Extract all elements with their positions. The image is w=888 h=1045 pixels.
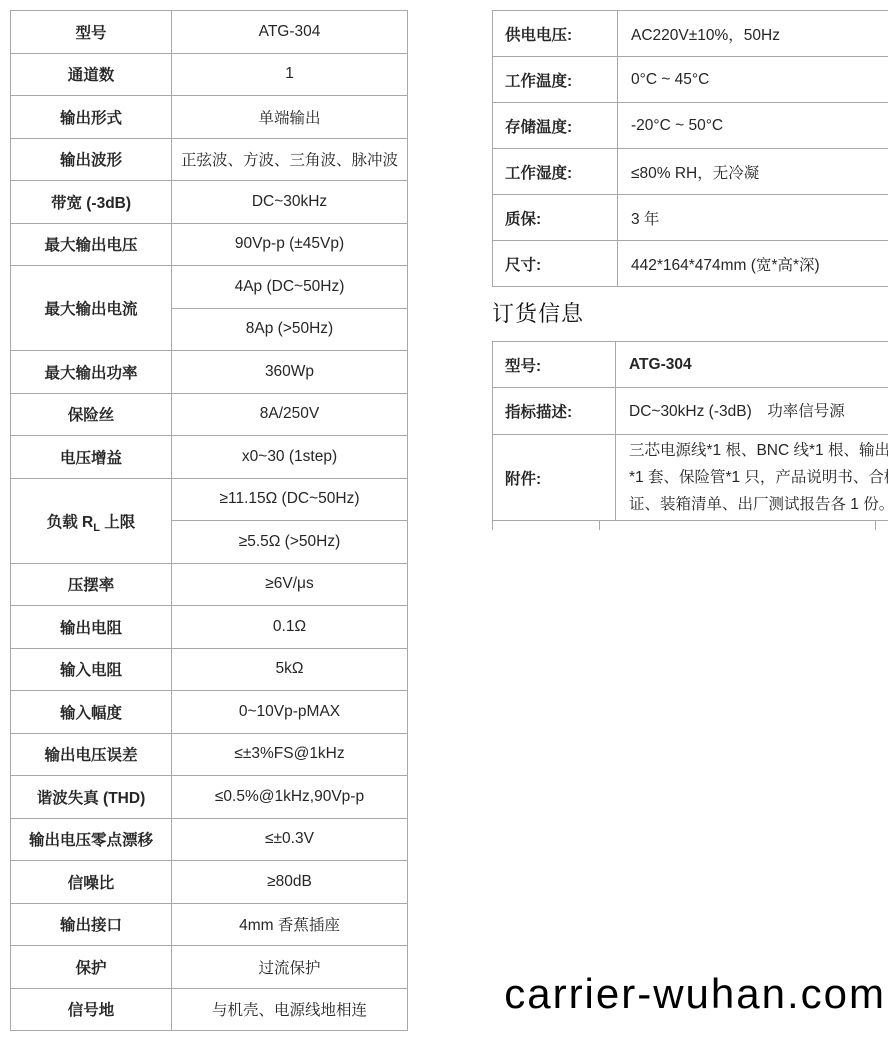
spec-label-text: 负载 R	[47, 514, 94, 531]
spec-row: 信噪比≥80dB	[11, 861, 408, 904]
env-value: -20°C ~ 50°C	[618, 103, 888, 149]
spec-row: 输出电压零点漂移≤±0.3V	[11, 818, 408, 861]
spec-label: 型号	[11, 11, 172, 54]
spec-value: x0~30 (1step)	[172, 436, 408, 479]
spec-label: 负载 RL 上限	[11, 478, 172, 563]
spec-label: 输出形式	[11, 96, 172, 139]
spec-value: DC~30kHz	[172, 181, 408, 224]
spec-row: 带宽 (-3dB)DC~30kHz	[11, 181, 408, 224]
env-row: 工作湿度:≤80% RH，无冷凝	[493, 149, 888, 195]
spec-label: 输出电阻	[11, 606, 172, 649]
spec-value: ≤0.5%@1kHz,90Vp-p	[172, 776, 408, 819]
order-table-body: 型号:ATG-304指标描述:DC~30kHz (-3dB) 功率信号源附件:三…	[493, 342, 888, 521]
env-label: 存储温度:	[493, 103, 618, 149]
spec-label: 最大输出电压	[11, 223, 172, 266]
spec-label: 信号地	[11, 988, 172, 1031]
env-table: 供电电压:AC220V±10%，50Hz工作温度:0°C ~ 45°C存储温度:…	[492, 10, 888, 287]
spec-label: 输入电阻	[11, 648, 172, 691]
env-value: 0°C ~ 45°C	[618, 57, 888, 103]
env-row: 质保:3 年	[493, 195, 888, 241]
spec-value: ≤±3%FS@1kHz	[172, 733, 408, 776]
spec-value: ≥80dB	[172, 861, 408, 904]
spec-label: 输出电压误差	[11, 733, 172, 776]
spec-row: 输出接口4mm 香蕉插座	[11, 903, 408, 946]
spec-row: 通道数1	[11, 53, 408, 96]
env-label: 质保:	[493, 195, 618, 241]
order-label: 附件:	[493, 435, 616, 521]
order-value: 三芯电源线*1 根、BNC 线*1 根、输出线*1 套、保险管*1 只，产品说明…	[616, 435, 888, 521]
spec-value: 4Ap (DC~50Hz)	[172, 266, 408, 309]
env-label: 供电电压:	[493, 11, 618, 57]
spec-row: 信号地与机壳、电源线地相连	[11, 988, 408, 1031]
right-column: 供电电压:AC220V±10%，50Hz工作温度:0°C ~ 45°C存储温度:…	[492, 10, 876, 530]
env-table-body: 供电电压:AC220V±10%，50Hz工作温度:0°C ~ 45°C存储温度:…	[493, 11, 888, 287]
spec-row: 电压增益x0~30 (1step)	[11, 436, 408, 479]
spec-row: 压摆率≥6V/μs	[11, 563, 408, 606]
spec-value: 4mm 香蕉插座	[172, 903, 408, 946]
env-label: 尺寸:	[493, 241, 618, 287]
spec-row: 输出波形正弦波、方波、三角波、脉冲波	[11, 138, 408, 181]
spec-row: 输入电阻5kΩ	[11, 648, 408, 691]
order-row: 指标描述:DC~30kHz (-3dB) 功率信号源	[493, 388, 888, 435]
spec-label: 输出电压零点漂移	[11, 818, 172, 861]
spec-table-body: 型号ATG-304通道数1输出形式单端输出输出波形正弦波、方波、三角波、脉冲波带…	[11, 11, 408, 1031]
spec-value: ≥6V/μs	[172, 563, 408, 606]
ordering-info-heading: 订货信息	[492, 299, 876, 329]
order-row: 型号:ATG-304	[493, 342, 888, 388]
spec-value: 360Wp	[172, 351, 408, 394]
spec-label: 带宽 (-3dB)	[11, 181, 172, 224]
env-value: 442*164*474mm (宽*高*深)	[618, 241, 888, 287]
spec-value: 8Ap (>50Hz)	[172, 308, 408, 351]
order-label: 型号:	[493, 342, 616, 388]
spec-row: 最大输出电压90Vp-p (±45Vp)	[11, 223, 408, 266]
spec-value: 8A/250V	[172, 393, 408, 436]
env-row: 尺寸:442*164*474mm (宽*高*深)	[493, 241, 888, 287]
spec-label: 通道数	[11, 53, 172, 96]
spec-label: 谐波失真 (THD)	[11, 776, 172, 819]
spec-label: 电压增益	[11, 436, 172, 479]
spec-row: 输入幅度0~10Vp-pMAX	[11, 691, 408, 734]
spec-value: ≤±0.3V	[172, 818, 408, 861]
env-value: AC220V±10%，50Hz	[618, 11, 888, 57]
spec-label: 输出波形	[11, 138, 172, 181]
spec-value: 过流保护	[172, 946, 408, 989]
spec-table-section: 型号ATG-304通道数1输出形式单端输出输出波形正弦波、方波、三角波、脉冲波带…	[10, 10, 408, 1031]
spec-value: 正弦波、方波、三角波、脉冲波	[172, 138, 408, 181]
spec-row: 输出形式单端输出	[11, 96, 408, 139]
env-row: 存储温度:-20°C ~ 50°C	[493, 103, 888, 149]
spec-value: 1	[172, 53, 408, 96]
order-row: 附件:三芯电源线*1 根、BNC 线*1 根、输出线*1 套、保险管*1 只，产…	[493, 435, 888, 521]
spec-value: 0~10Vp-pMAX	[172, 691, 408, 734]
spec-row: 输出电阻0.1Ω	[11, 606, 408, 649]
order-table: 型号:ATG-304指标描述:DC~30kHz (-3dB) 功率信号源附件:三…	[492, 341, 888, 521]
spec-row: 输出电压误差≤±3%FS@1kHz	[11, 733, 408, 776]
spec-row: 保护过流保护	[11, 946, 408, 989]
spec-label: 保险丝	[11, 393, 172, 436]
spec-table: 型号ATG-304通道数1输出形式单端输出输出波形正弦波、方波、三角波、脉冲波带…	[10, 10, 408, 1031]
spec-value: ≥11.15Ω (DC~50Hz)	[172, 478, 408, 521]
order-value: ATG-304	[616, 342, 888, 388]
spec-value: 90Vp-p (±45Vp)	[172, 223, 408, 266]
spec-label: 输入幅度	[11, 691, 172, 734]
spec-label: 信噪比	[11, 861, 172, 904]
order-value: DC~30kHz (-3dB) 功率信号源	[616, 388, 888, 435]
spec-value: 0.1Ω	[172, 606, 408, 649]
spec-label-subscript: L	[93, 522, 100, 534]
env-label: 工作湿度:	[493, 149, 618, 195]
spec-row: 最大输出电流4Ap (DC~50Hz)	[11, 266, 408, 309]
spec-label: 输出接口	[11, 903, 172, 946]
spec-value: 5kΩ	[172, 648, 408, 691]
order-label: 指标描述:	[493, 388, 616, 435]
spec-row: 谐波失真 (THD)≤0.5%@1kHz,90Vp-p	[11, 776, 408, 819]
env-value: 3 年	[618, 195, 888, 241]
spec-value: 与机壳、电源线地相连	[172, 988, 408, 1031]
spec-row: 型号ATG-304	[11, 11, 408, 54]
spec-label: 保护	[11, 946, 172, 989]
spec-label: 最大输出功率	[11, 351, 172, 394]
spec-value: ATG-304	[172, 11, 408, 54]
spec-value: 单端输出	[172, 96, 408, 139]
spec-label: 最大输出电流	[11, 266, 172, 351]
env-row: 工作温度:0°C ~ 45°C	[493, 57, 888, 103]
spec-label-text: 上限	[100, 514, 135, 531]
order-table-cutoff-row	[492, 521, 876, 530]
spec-label: 压摆率	[11, 563, 172, 606]
watermark-text: carrier-wuhan.com	[504, 972, 886, 1016]
env-row: 供电电压:AC220V±10%，50Hz	[493, 11, 888, 57]
spec-row: 保险丝8A/250V	[11, 393, 408, 436]
spec-value: ≥5.5Ω (>50Hz)	[172, 521, 408, 564]
env-label: 工作温度:	[493, 57, 618, 103]
spec-row: 负载 RL 上限≥11.15Ω (DC~50Hz)	[11, 478, 408, 521]
spec-row: 最大输出功率360Wp	[11, 351, 408, 394]
env-value: ≤80% RH，无冷凝	[618, 149, 888, 195]
